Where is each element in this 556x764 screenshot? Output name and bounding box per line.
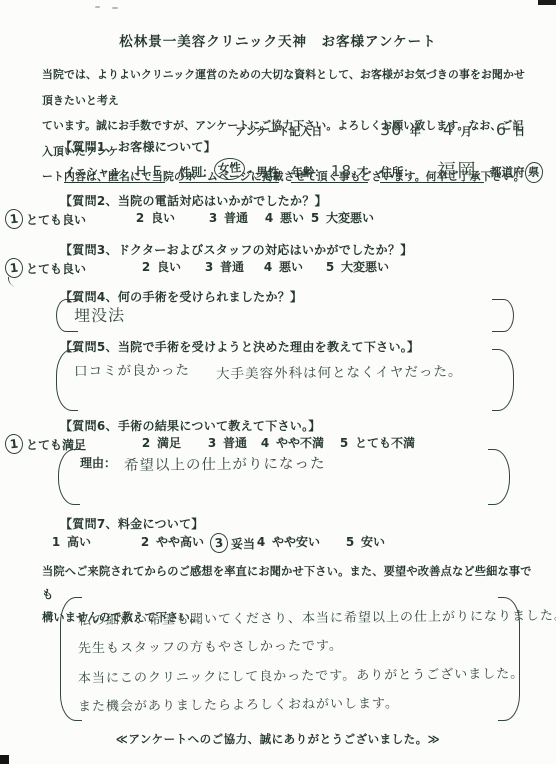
scan-dust-mark <box>112 7 118 9</box>
q6-option-1-number: 1 <box>4 433 24 455</box>
q7-option-2: 2やや高い <box>139 533 204 550</box>
question5-answer-box: 口コミが良かった 大手美容外科は何となくイヤだった。 <box>56 349 514 411</box>
q6-option-2-number: 2 <box>140 436 152 450</box>
q3-option-2-number: 2 <box>140 260 152 274</box>
q3-option-5-label: 大変悪い <box>341 258 389 275</box>
address-value-handwritten: 福岡 <box>437 156 477 183</box>
date-day-handwritten: 6 <box>496 120 507 139</box>
q3-option-4: 4悪い <box>262 258 303 275</box>
date-month-suffix: 月 <box>461 123 472 139</box>
age-field: 年齢： 18 才 <box>291 162 368 183</box>
q6-reason-handwritten: 希望以上の仕上がりになった <box>124 452 326 475</box>
question7-options: 1高い 2やや高い 3妥当 4やや安い 5安い <box>0 533 556 555</box>
answer-box-right-bracket <box>492 299 514 332</box>
q3-option-1-number: 1 <box>4 257 24 279</box>
q7-option-2-label: やや高い <box>156 533 204 550</box>
address-suffix-circled-ken: 県 <box>523 161 543 184</box>
q7-option-3: 3妥当 <box>215 533 255 553</box>
gender-label: 性別： <box>179 164 214 180</box>
q3-option-5: 5大変悪い <box>324 258 389 275</box>
answer-box-right-bracket <box>488 449 510 505</box>
question4-answer-box: 埋没法 <box>56 299 514 332</box>
q5-answer-part1-handwritten: 口コミが良かった <box>74 358 190 379</box>
q7-option-5-label: 安い <box>361 533 385 550</box>
initial-value-handwritten: H.E <box>136 164 163 180</box>
q7-option-3-label: 妥当 <box>231 535 255 552</box>
question6-heading: 【質問6、手術の結果について教えて下さい。】 <box>60 417 321 434</box>
address-field: 住所： 福岡 <box>380 156 484 183</box>
q6-option-4-number: 4 <box>259 436 271 450</box>
gender-female-circled: 女性 <box>213 157 245 181</box>
q2-option-1-label: とても良い <box>26 211 86 228</box>
page-title: 松林景一美容クリニック天神 お客様アンケート <box>0 30 556 50</box>
q3-option-3-label: 普通 <box>220 258 244 275</box>
survey-scan-page: 松林景一美容クリニック天神 お客様アンケート 当院では、よりよいクリニック運営の… <box>0 0 556 764</box>
q7-option-2-number: 2 <box>139 535 151 549</box>
q7-option-1: 1高い <box>50 533 91 550</box>
q2-option-5-number: 5 <box>309 211 321 225</box>
comment-line-handwritten: また機会がありましたらよろしくおねがいします。 <box>78 690 399 720</box>
q2-option-3-number: 3 <box>207 211 219 225</box>
question1-heading: 【質問1、お客様について】 <box>60 138 216 155</box>
q3-option-4-number: 4 <box>262 260 274 274</box>
comment-line-handwritten: 先生もスタッフの方もやさしかったです。 <box>78 633 343 663</box>
q7-option-4-label: やや安い <box>272 533 320 550</box>
q2-option-4-number: 4 <box>263 211 275 225</box>
q5-answer-part2-handwritten: 大手美容外科は何となくイヤだった。 <box>216 360 463 383</box>
q2-option-2: 2良い <box>134 209 175 226</box>
q2-option-2-number: 2 <box>134 211 146 225</box>
q2-option-5: 5大変悪い <box>309 209 374 226</box>
q3-option-3: 3普通 <box>203 258 244 275</box>
question7-heading: 【質問7、料金について】 <box>60 515 204 532</box>
q3-option-1-label: とても良い <box>26 260 86 277</box>
q3-option-4-label: 悪い <box>279 258 303 275</box>
question2-options: 1とても良い 2良い 3普通 4悪い 5大変悪い <box>0 209 556 231</box>
scan-artifact-top-right <box>538 0 556 5</box>
q7-option-3-number: 3 <box>209 532 229 554</box>
q7-option-4: 4やや安い <box>255 533 320 550</box>
footer-thanks: ≪アンケートへのご協力、誠にありがとうございました。≫ <box>0 731 556 747</box>
q6-reason-label: 理由： <box>80 454 116 471</box>
intro-line: 当院では、よりよいクリニック運営のための大切な資料として、お客様がお気づきの事を… <box>42 62 526 113</box>
survey-date-row: アンケート記入日 30 年 4 月 6 日 <box>235 120 525 139</box>
gender-separator: ・ <box>245 164 257 180</box>
q2-option-4-label: 悪い <box>280 209 304 226</box>
q7-option-5: 5安い <box>344 533 385 550</box>
q2-option-2-label: 良い <box>151 209 175 226</box>
q2-option-1: 1とても良い <box>10 209 86 229</box>
question3-options: 1とても良い 2良い 3普通 4悪い 5大変悪い <box>0 258 556 280</box>
comment-line-handwritten: 本当にこのクリニックにして良かったです。ありがとうございました。 <box>78 661 524 693</box>
address-suffix-prefix: 都道府 <box>490 165 525 179</box>
q3-option-3-number: 3 <box>203 260 215 274</box>
q3-option-1: 1とても良い <box>10 258 86 278</box>
scan-dust-mark <box>95 6 100 8</box>
comments-answer-box: 私の細かい希望も聞いてくださり、本当に希望以上の仕上がりになりました。 先生もス… <box>60 597 520 721</box>
q2-option-3-label: 普通 <box>224 209 248 226</box>
q3-option-5-number: 5 <box>324 260 336 274</box>
q4-answer-handwritten: 埋没法 <box>74 303 125 327</box>
age-suffix: 才 <box>357 164 369 180</box>
date-year-handwritten: 30 <box>380 120 403 139</box>
question1-answer-row: イニシャル： H.E 性別： 女性 ・ 男性 年齢： 18 才 住所： 福岡 都… <box>64 156 542 183</box>
address-suffix: 都道府県 <box>490 162 542 183</box>
comment-line-handwritten: 私の細かい希望も聞いてくださり、本当に希望以上の仕上がりになりました。 <box>78 602 556 634</box>
date-month-handwritten: 4 <box>443 120 454 139</box>
initial-label: イニシャル： <box>64 164 132 180</box>
answer-box-right-bracket <box>492 349 514 411</box>
initial-field: イニシャル： H.E <box>64 164 165 183</box>
q6-option-3-number: 3 <box>206 436 218 450</box>
q2-option-1-number: 1 <box>4 208 24 230</box>
age-label: 年齢： <box>291 164 326 180</box>
question6-reason-box: 理由： 希望以上の仕上がりになった <box>58 449 510 505</box>
age-value-handwritten: 18 <box>331 162 352 180</box>
date-label: アンケート記入日 <box>235 123 322 139</box>
q7-option-1-label: 高い <box>67 533 91 550</box>
answer-box-left-bracket <box>56 349 78 411</box>
question2-heading: 【質問2、当院の電話対応はいかがでしたか？】 <box>60 192 327 209</box>
q6-option-5-number: 5 <box>338 436 350 450</box>
answer-box-left-bracket <box>58 449 80 505</box>
q2-option-5-label: 大変悪い <box>326 209 374 226</box>
gender-field: 性別： 女性 ・ 男性 <box>179 158 279 183</box>
q2-option-3: 3普通 <box>207 209 248 226</box>
q7-option-5-number: 5 <box>344 535 356 549</box>
scan-artifact-bottom-left <box>0 755 9 764</box>
question3-heading: 【質問3、ドクターおよびスタッフの対応はいかがでしたか？】 <box>60 241 413 258</box>
gender-male: 男性 <box>256 164 279 180</box>
date-day-suffix: 日 <box>514 123 525 139</box>
address-label: 住所： <box>380 164 415 180</box>
q7-option-1-number: 1 <box>50 535 62 549</box>
q3-option-2: 2良い <box>140 258 181 275</box>
q7-option-4-number: 4 <box>255 535 267 549</box>
q3-option-2-label: 良い <box>157 258 181 275</box>
date-year-suffix: 年 <box>410 123 421 139</box>
q2-option-4: 4悪い <box>263 209 304 226</box>
